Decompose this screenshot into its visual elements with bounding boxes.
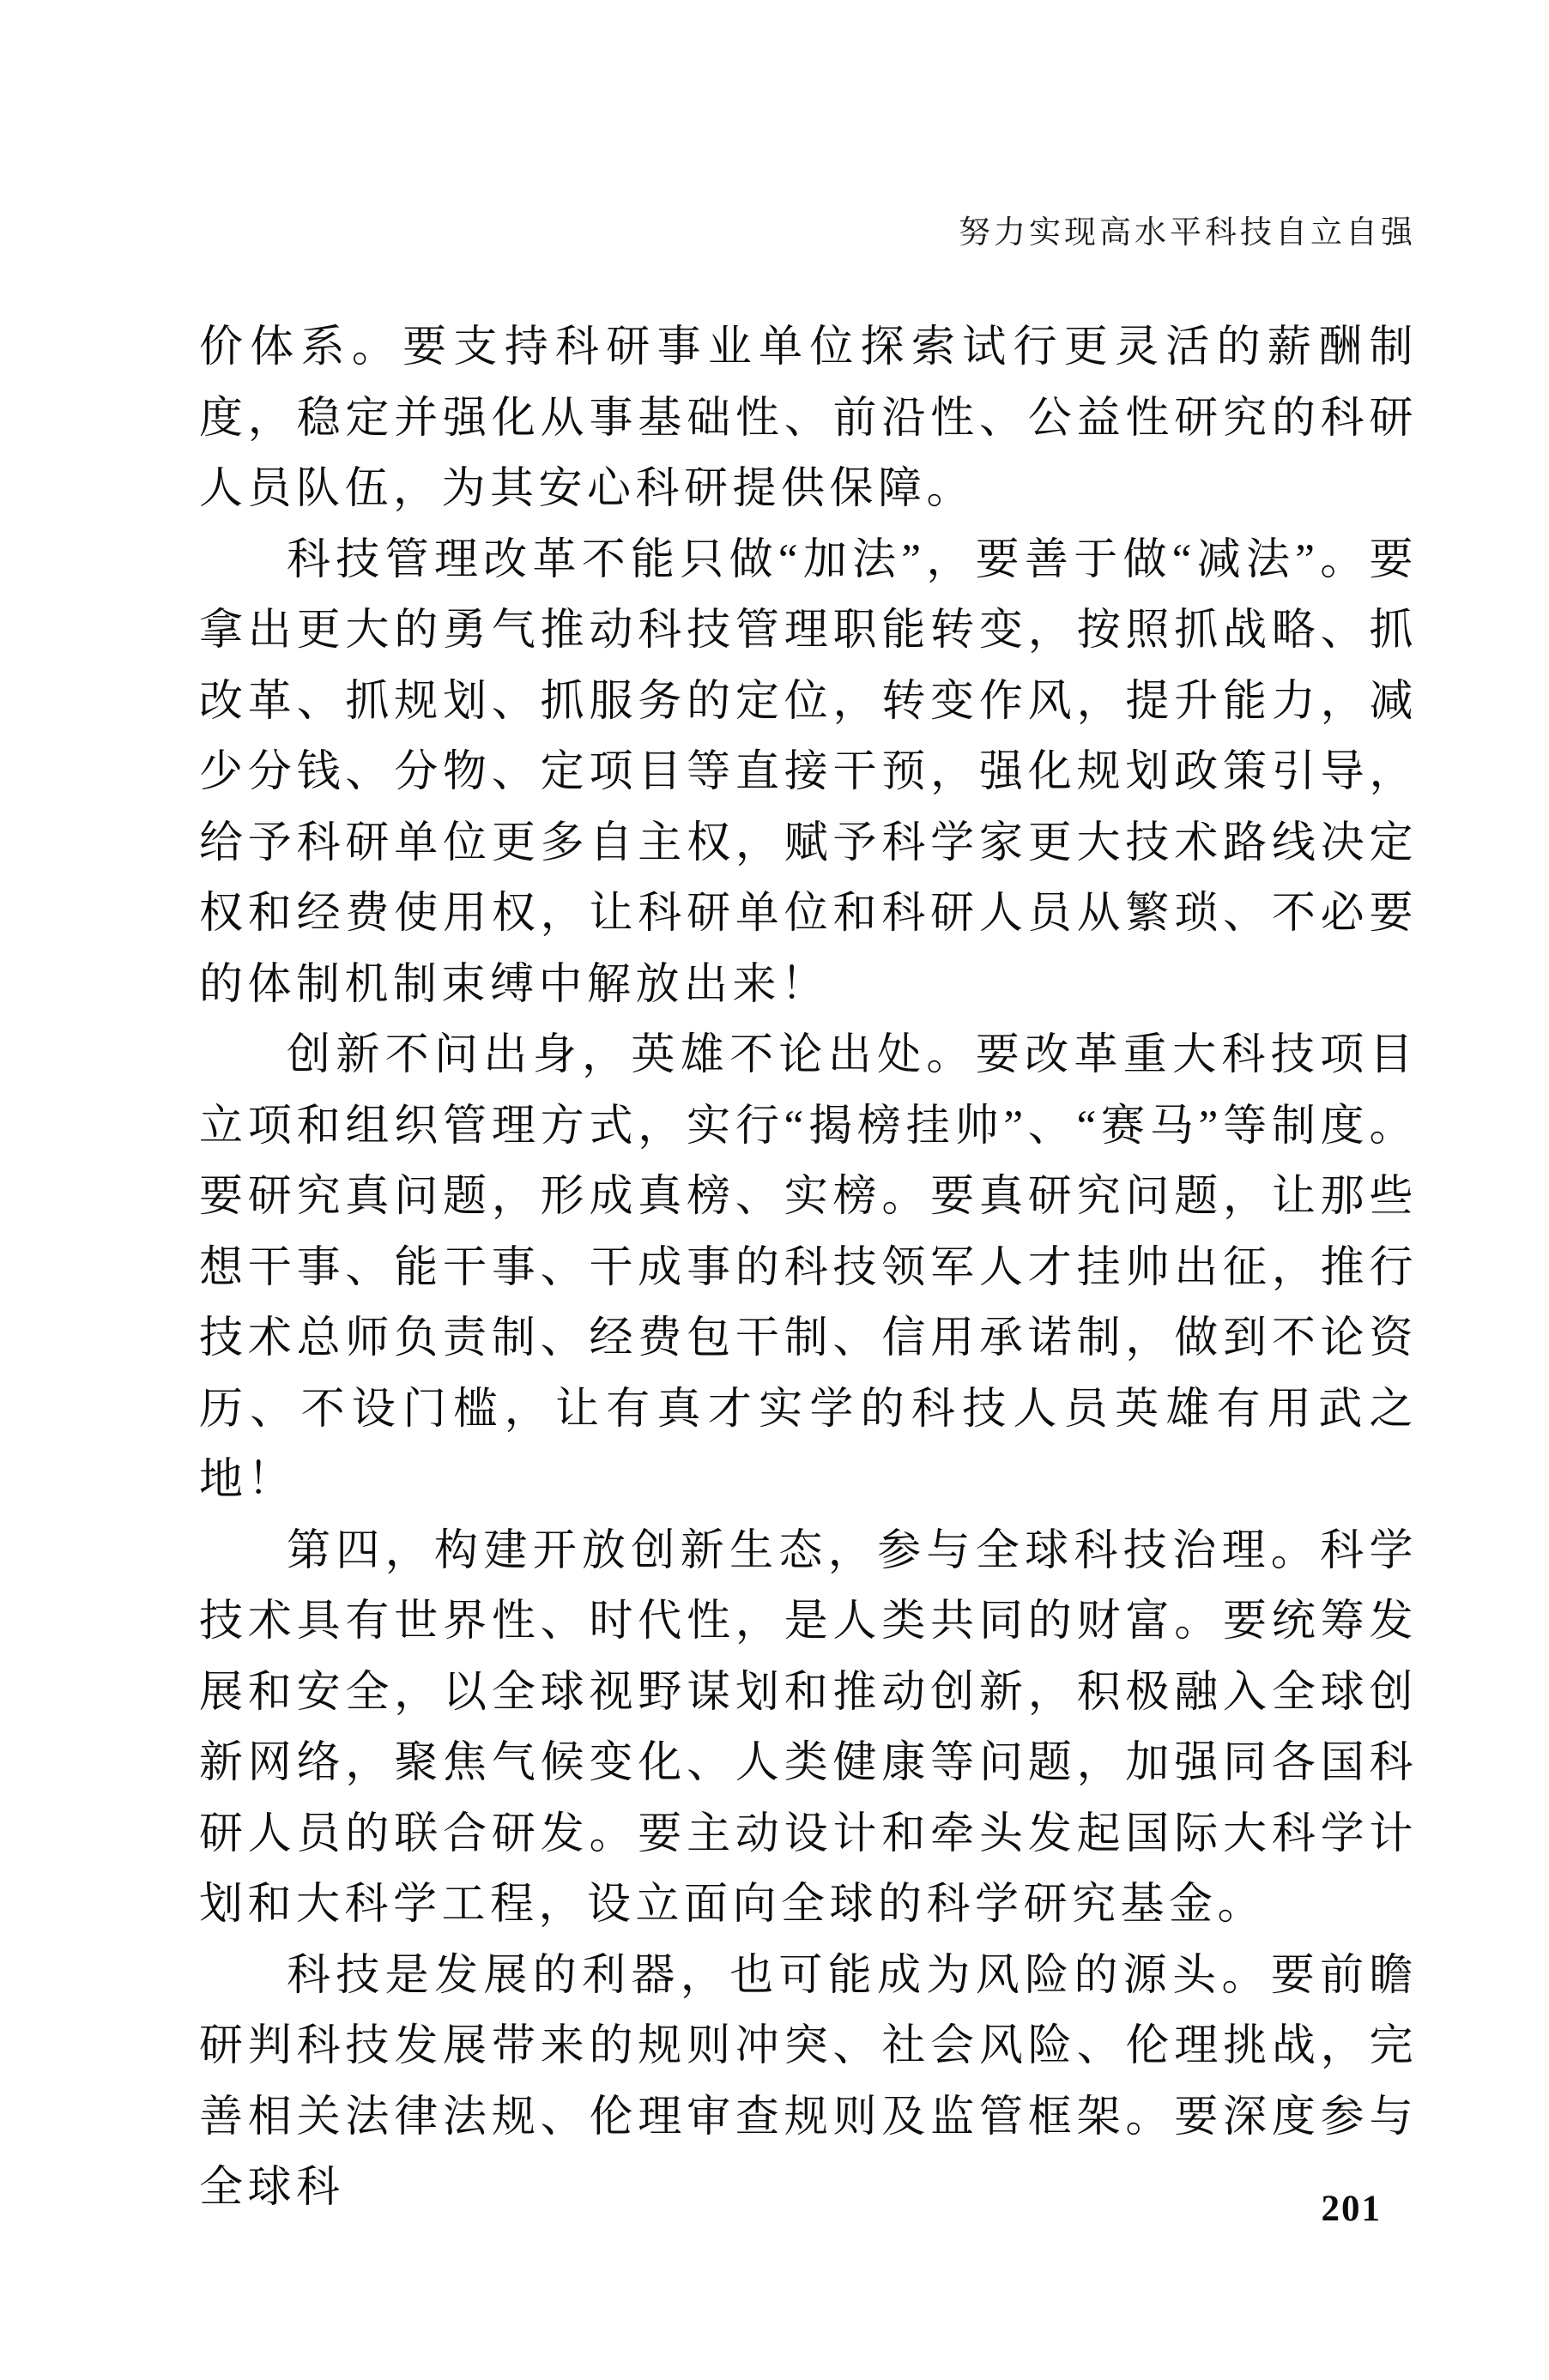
paragraph-5: 科技是发展的利器，也可能成为风险的源头。要前瞻研判科技发展带来的规则冲突、社会风… [199, 1941, 1418, 2224]
paragraph-4: 第四，构建开放创新生态，参与全球科技治理。科学技术具有世界性、时代性，是人类共同… [199, 1516, 1418, 1941]
book-page: 努力实现高水平科技自立自强 价体系。要支持科研事业单位探索试行更灵活的薪酬制度，… [0, 0, 1549, 2380]
paragraph-3: 创新不问出身，英雄不论出处。要改革重大科技项目立项和组织管理方式，实行“揭榜挂帅… [199, 1020, 1418, 1516]
running-header: 努力实现高水平科技自立自强 [199, 206, 1416, 252]
page-number: 201 [199, 2188, 1382, 2230]
paragraph-1: 价体系。要支持科研事业单位探索试行更灵活的薪酬制度，稳定并强化从事基础性、前沿性… [199, 312, 1418, 525]
paragraph-2: 科技管理改革不能只做“加法”，要善于做“减法”。要拿出更大的勇气推动科技管理职能… [199, 525, 1418, 1021]
body-text: 价体系。要支持科研事业单位探索试行更灵活的薪酬制度，稳定并强化从事基础性、前沿性… [199, 312, 1418, 2224]
